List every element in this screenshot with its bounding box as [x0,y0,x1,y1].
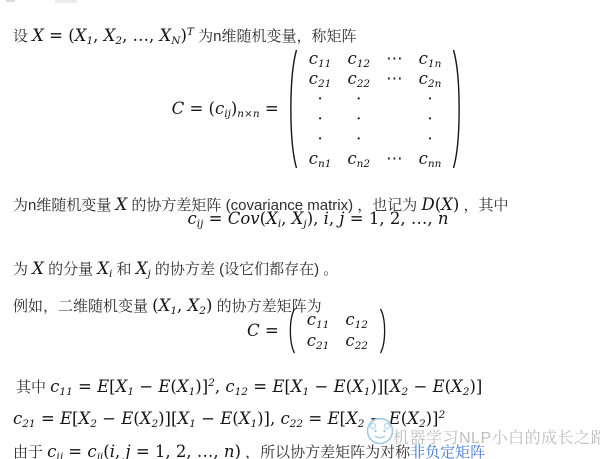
math-token: ⋅ [317,129,323,148]
math-token: E [220,409,232,428]
matrix-cell: cn1 [301,151,340,168]
math-token: c [309,149,318,168]
math-token: c [309,69,318,88]
math-token: C [172,99,185,118]
math-token: )] [469,377,482,396]
math-token: 1 [189,418,196,430]
math-token: E [272,377,284,396]
math-token: = 1, 2, …, [131,442,224,459]
math-token: ij [224,108,231,120]
math-token: c [13,409,22,428]
math-token: = [303,409,327,428]
math-token: E [60,409,72,428]
math-token: ), [307,209,324,228]
math-token: ⋯ [386,49,403,68]
math-token: c [345,331,354,350]
math-token: , [329,209,340,228]
text-run: 和 [112,261,135,278]
equation-cov-element: cij = Cov(Xi, Xj), i, j = 1, 2, …, n [0,206,600,232]
math-token: X [32,26,44,45]
math-token: 21 [316,340,329,352]
matrix-cell: c2n [411,71,450,88]
paren-right-icon [379,307,389,355]
matrix-cell: ⋅ [348,131,370,148]
paren-left-icon [286,48,298,170]
math-token: E [121,409,133,428]
math-token: − [408,377,432,396]
math-token: c [307,310,316,329]
math-token: X [75,26,87,45]
math-token: E [433,377,445,396]
math-token: X [32,259,44,278]
matrix-cell: c12 [337,312,376,329]
matrix-2x2: c11c12c21c22 [286,307,389,355]
math-token: ⋯ [386,149,403,168]
math-token: = [73,377,97,396]
matrix-cell: cnn [411,151,450,168]
math-token: X [97,259,109,278]
cropped-text-artifact [6,0,15,2]
equation-lhs: C = [247,321,279,341]
paragraph-c11-c12: 其中 c11 = E[X1 − E(X1)]2, c12 = E[X1 − E(… [16,376,482,399]
watermark-text: 机器学习NLP小白的成长之路 [393,425,600,448]
math-token: = 1, 2, …, [345,209,438,228]
math-token: )], [257,409,280,428]
math-token: c [188,209,197,228]
math-token: n×n [237,108,259,120]
matrix-cell: c11 [301,51,340,68]
math-token: 12 [355,319,368,331]
matrix-cell: c12 [339,51,378,68]
math-token: E [327,409,339,428]
math-token: 22 [355,340,368,352]
matrix-cell: ⋅ [309,131,331,148]
math-token: c [281,409,290,428]
paragraph-components: 为 X 的分量 Xi 和 Xj 的协方差 (设它们都存在) 。 [13,258,338,281]
math-token: ⋅ [356,129,362,148]
math-token: E [334,377,346,396]
math-token: X [104,26,116,45]
math-token: n1 [318,158,331,170]
math-token: , [281,209,292,228]
math-token: )][ [370,377,389,396]
math-token: 21 [22,418,35,430]
math-token: 11 [318,58,331,70]
matrix-cell: ⋯ [378,151,411,168]
math-token: n [224,442,235,459]
paren-left-icon [286,307,296,355]
math-token: c [225,377,234,396]
math-token: , [115,442,126,459]
text-run: 设 [13,28,32,45]
math-token: = [36,409,60,428]
math-token: 2 [90,418,97,430]
math-token: − [97,409,121,428]
text-run: 由于 [13,444,47,459]
matrix-cell: c11 [299,312,338,329]
math-token: c [345,310,354,329]
text-run: ，所以协方差矩阵为对称 [241,444,410,459]
math-token: X [177,409,189,428]
math-token: 12 [235,386,248,398]
math-token: )] [195,377,208,396]
math-token: , [93,26,104,45]
matrix-cell: ⋅ [309,111,331,128]
math-token: X [352,377,364,396]
matrix-cell: c22 [337,333,376,350]
math-token: ⋅ [317,109,323,128]
math-token: T [187,26,194,38]
math-token: X [177,377,189,396]
math-token: X [140,409,152,428]
math-token: c [309,49,318,68]
math-token: 1n [428,58,441,70]
matrix-cell: ⋯ [378,71,411,88]
math-token: X [160,26,172,45]
math-token: − [196,409,220,428]
equation-body: cij = Cov(Xi, Xj), i, j = 1, 2, …, n [188,209,449,229]
math-token: c [87,442,96,459]
equation-lhs: C = (cij)n×n = [172,99,279,119]
paren-right-icon [452,48,464,170]
math-token: 2 [208,377,215,389]
math-token: Cov [228,209,260,228]
math-token: X [346,409,358,428]
covariance-matrix: c11c12⋯c1nc21c22⋯c2n⋅⋅⋅⋅⋅⋅⋅⋅⋅cn1cn2⋯cnn [286,48,465,170]
matrix-grid: c11c12c21c22 [296,310,379,352]
math-token: c [307,331,316,350]
text-run: 为n维随机变量，称矩阵 [194,28,357,45]
matrix-cell: ⋅ [419,91,441,108]
math-token: ⋯ [386,69,403,88]
equation-2x2-matrix: C = c11c12c21c22 [0,306,600,356]
matrix-cell: ⋅ [309,91,331,108]
matrix-cell: c21 [299,333,338,350]
math-token: = [260,99,279,118]
math-token: X [239,409,251,428]
math-token: n [438,209,449,228]
paragraph-symmetry-text: 由于 cij = cji(i, j = 1, 2, …, n) ，所以协方差矩阵… [13,444,410,459]
math-token: ⋅ [356,89,362,108]
matrix-cell: c22 [339,71,378,88]
math-token: E [97,377,109,396]
matrix-cell: ⋯ [378,51,411,68]
math-token: − [309,377,333,396]
math-token: C [247,321,260,340]
math-token: 11 [316,319,329,331]
math-token: X [291,377,303,396]
math-token: nn [428,158,442,170]
math-token: c [419,149,428,168]
math-token: 2 [439,409,446,421]
math-token: ⋅ [317,89,323,108]
math-token: X [451,377,463,396]
math-token: c [347,69,356,88]
math-token: c [419,49,428,68]
text-run: 的协方差 (设它们都存在) 。 [151,261,339,278]
math-token: X [390,377,402,396]
math-token: = ( [44,26,75,45]
math-token: c [419,69,428,88]
matrix-cell: ⋅ [348,91,370,108]
matrix-cell: ⋅ [348,111,370,128]
math-token: − [134,377,158,396]
math-token: )][ [158,409,177,428]
math-token: c [347,49,356,68]
equation-covariance-matrix: C = (cij)n×n = c11c12⋯c1nc21c22⋯c2n⋅⋅⋅⋅⋅… [0,46,600,172]
article-page: { "colors": { "background": "#ffffff", "… [0,0,600,459]
math-token: E [158,377,170,396]
math-token: ⋅ [427,89,433,108]
text-run: 为 [13,261,32,278]
math-token: 12 [357,58,370,70]
math-token: X [292,209,304,228]
math-token: ⋅ [427,109,433,128]
matrix-cell: ⋅ [419,111,441,128]
math-token: = [248,377,272,396]
math-token: X [78,409,90,428]
math-token: = [203,209,227,228]
math-token: = [260,321,279,340]
text-run: 其中 [16,379,50,396]
matrix-grid: c11c12⋯c1nc21c22⋯c2n⋅⋅⋅⋅⋅⋅⋅⋅⋅cn1cn2⋯cnn [298,49,453,169]
math-token: c [215,99,224,118]
math-token: ⋅ [427,129,433,148]
math-token: X [266,209,278,228]
math-token: 11 [59,386,72,398]
math-token: n2 [357,158,370,170]
math-token: c [347,149,356,168]
matrix-cell: c1n [411,51,450,68]
math-token: = [63,442,87,459]
math-token: 22 [290,418,303,430]
math-token: , …, [122,26,159,45]
math-token: X [116,377,128,396]
math-token: , [215,377,226,396]
math-token: ⋅ [356,109,362,128]
matrix-cell: cn2 [339,151,378,168]
cropped-text-artifact [55,0,77,3]
math-token: = ( [184,99,215,118]
matrix-cell: c21 [301,71,340,88]
brand-logo-icon [365,416,395,446]
paragraph-definition: 设 X = (X1, X2, …, XN)T 为n维随机变量，称矩阵 [13,25,356,48]
math-token: X [136,259,148,278]
matrix-cell: ⋅ [419,131,441,148]
text-run: 的分量 [44,261,97,278]
